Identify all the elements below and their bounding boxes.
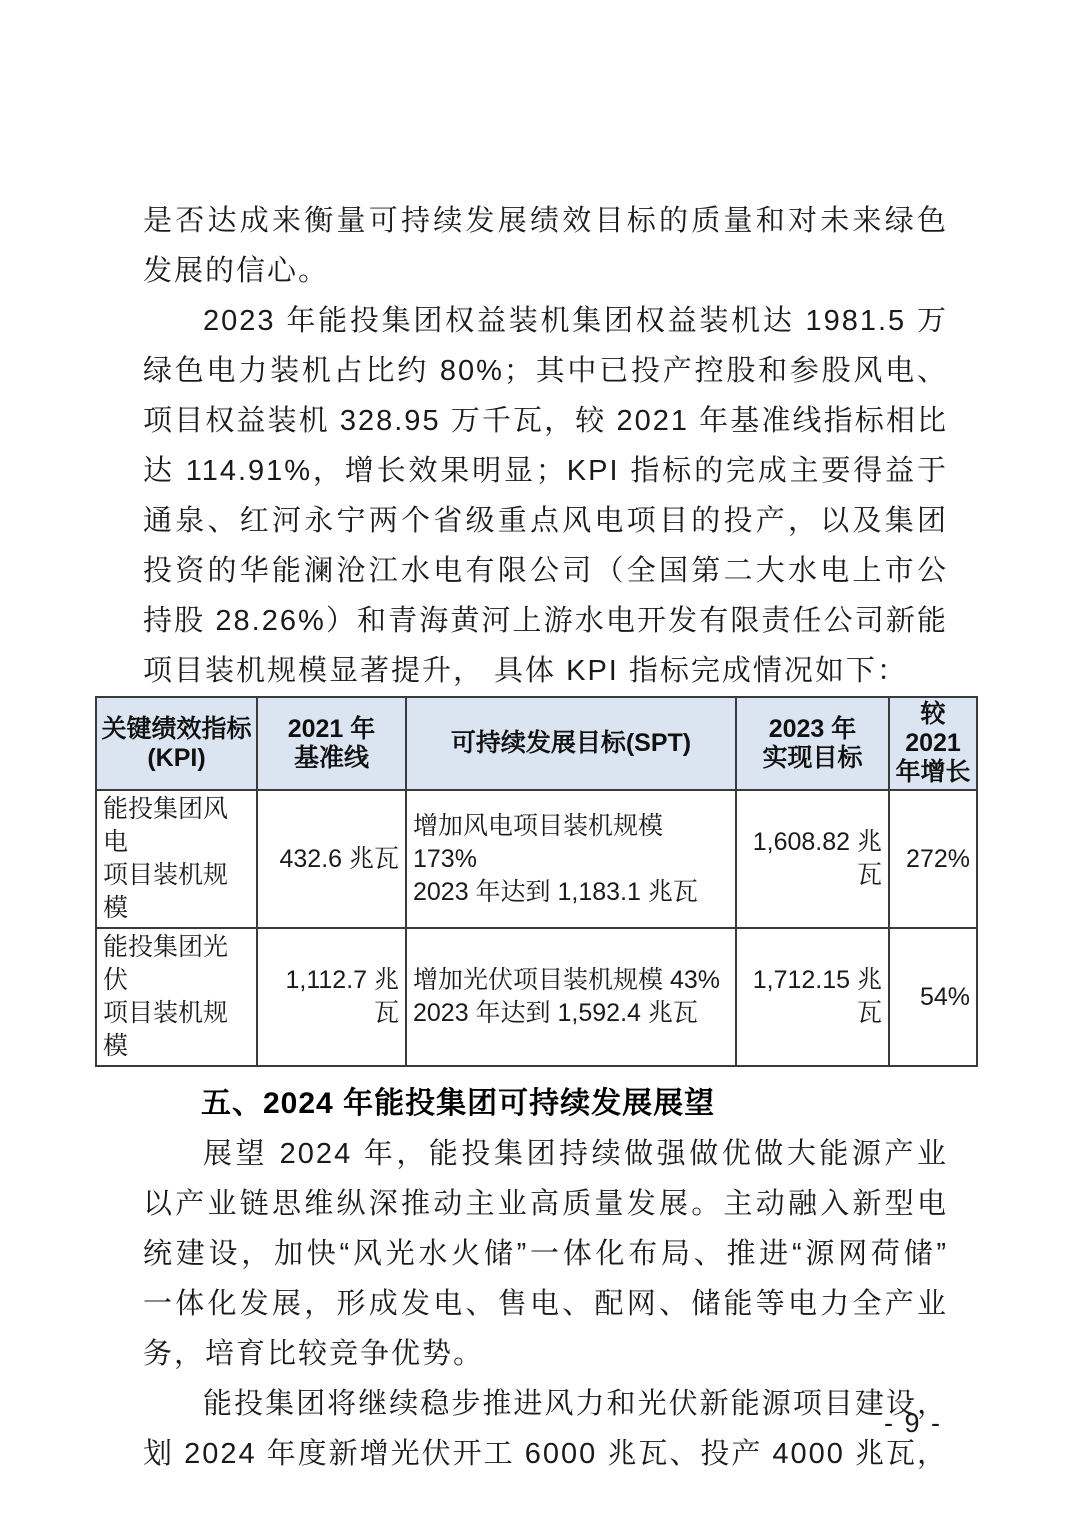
paragraph-2: 2023 年能投集团权益装机集团权益装机达 1981.5 万千瓦， 绿色电力装机…: [143, 296, 948, 696]
body-text-line: 是否达成来衡量可持续发展绩效目标的质量和对未来绿色能源: [143, 196, 948, 246]
body-text-line: 项目装机规模显著提升， 具体 KPI 指标完成情况如下：: [143, 646, 948, 696]
kpi-cell: 能投集团光伏 项目装机规模: [96, 928, 257, 1066]
paragraph-3: 展望 2024 年，能投集团持续做强做优做大能源产业链， 以产业链思维纵深推动主…: [143, 1129, 948, 1379]
page-content: 是否达成来衡量可持续发展绩效目标的质量和对未来绿色能源 发展的信心。 2023 …: [143, 196, 948, 1479]
body-text-line: 划 2024 年度新增光伏开工 6000 兆瓦、投产 4000 兆瓦，加快: [143, 1429, 948, 1479]
body-text-line: 统建设，加快“风光水火储”一体化布局、推进“源网荷储”: [143, 1229, 948, 1279]
kpi-cell: 增加光伏项目装机规模 43% 2023 年达到 1,592.4 兆瓦: [406, 928, 736, 1066]
kpi-cell: 432.6 兆瓦: [257, 790, 406, 928]
body-text-line: 发展的信心。: [143, 246, 948, 296]
body-text-line: 一体化发展，形成发电、售电、配网、储能等电力全产业链业: [143, 1279, 948, 1329]
body-text-line: 持股 28.26%）和青海黄河上游水电开发有限责任公司新能源: [143, 596, 948, 646]
kpi-cell: 1,608.82 兆瓦: [736, 790, 889, 928]
body-text-line: 能投集团将继续稳步推进风力和光伏新能源项目建设，计: [143, 1379, 948, 1429]
paragraph-1: 是否达成来衡量可持续发展绩效目标的质量和对未来绿色能源 发展的信心。: [143, 196, 948, 296]
body-text-line: 项目权益装机 328.95 万千瓦，较 2021 年基准线指标相比增幅: [143, 396, 948, 446]
paragraph-4: 能投集团将继续稳步推进风力和光伏新能源项目建设，计 划 2024 年度新增光伏开…: [143, 1379, 948, 1479]
kpi-header-cell: 可持续发展目标(SPT): [406, 697, 736, 790]
body-text-line: 展望 2024 年，能投集团持续做强做优做大能源产业链，: [143, 1129, 948, 1179]
kpi-header-cell: 2023 年 实现目标: [736, 697, 889, 790]
body-text-line: 达 114.91%，增长效果明显；KPI 指标的完成主要得益于马龙: [143, 446, 948, 496]
body-text-line: 绿色电力装机占比约 80%；其中已投产控股和参股风电、光伏: [143, 346, 948, 396]
kpi-cell: 272%: [889, 790, 977, 928]
kpi-header-cell: 较 2021 年增长: [889, 697, 977, 790]
kpi-cell: 能投集团风电 项目装机规模: [96, 790, 257, 928]
kpi-cell: 增加风电项目装机规模 173% 2023 年达到 1,183.1 兆瓦: [406, 790, 736, 928]
page-number: - 9 -: [884, 1408, 942, 1439]
kpi-cell: 54%: [889, 928, 977, 1066]
kpi-cell: 1,112.7 兆瓦: [257, 928, 406, 1066]
kpi-header-cell: 2021 年 基准线: [257, 697, 406, 790]
table-row: 能投集团风电 项目装机规模 432.6 兆瓦 增加风电项目装机规模 173% 2…: [96, 790, 977, 928]
kpi-cell: 1,712.15 兆瓦: [736, 928, 889, 1066]
body-text-line: 通泉、红河永宁两个省级重点风电项目的投产，以及集团参股: [143, 496, 948, 546]
body-text-line: 以产业链思维纵深推动主业高质量发展。主动融入新型电力系: [143, 1179, 948, 1229]
kpi-table: 关键绩效指标 (KPI) 2021 年 基准线 可持续发展目标(SPT) 202…: [95, 696, 978, 1067]
body-text-line: 务，培育比较竞争优势。: [143, 1329, 948, 1379]
body-text-line: 投资的华能澜沧江水电有限公司（全国第二大水电上市公司，: [143, 546, 948, 596]
section-heading: 五、2024 年能投集团可持续发展展望: [143, 1079, 948, 1129]
document-page: 是否达成来衡量可持续发展绩效目标的质量和对未来绿色能源 发展的信心。 2023 …: [0, 0, 1074, 1520]
body-text-line: 2023 年能投集团权益装机集团权益装机达 1981.5 万千瓦，: [143, 296, 948, 346]
table-header-row: 关键绩效指标 (KPI) 2021 年 基准线 可持续发展目标(SPT) 202…: [96, 697, 977, 790]
table-row: 能投集团光伏 项目装机规模 1,112.7 兆瓦 增加光伏项目装机规模 43% …: [96, 928, 977, 1066]
kpi-header-cell: 关键绩效指标 (KPI): [96, 697, 257, 790]
